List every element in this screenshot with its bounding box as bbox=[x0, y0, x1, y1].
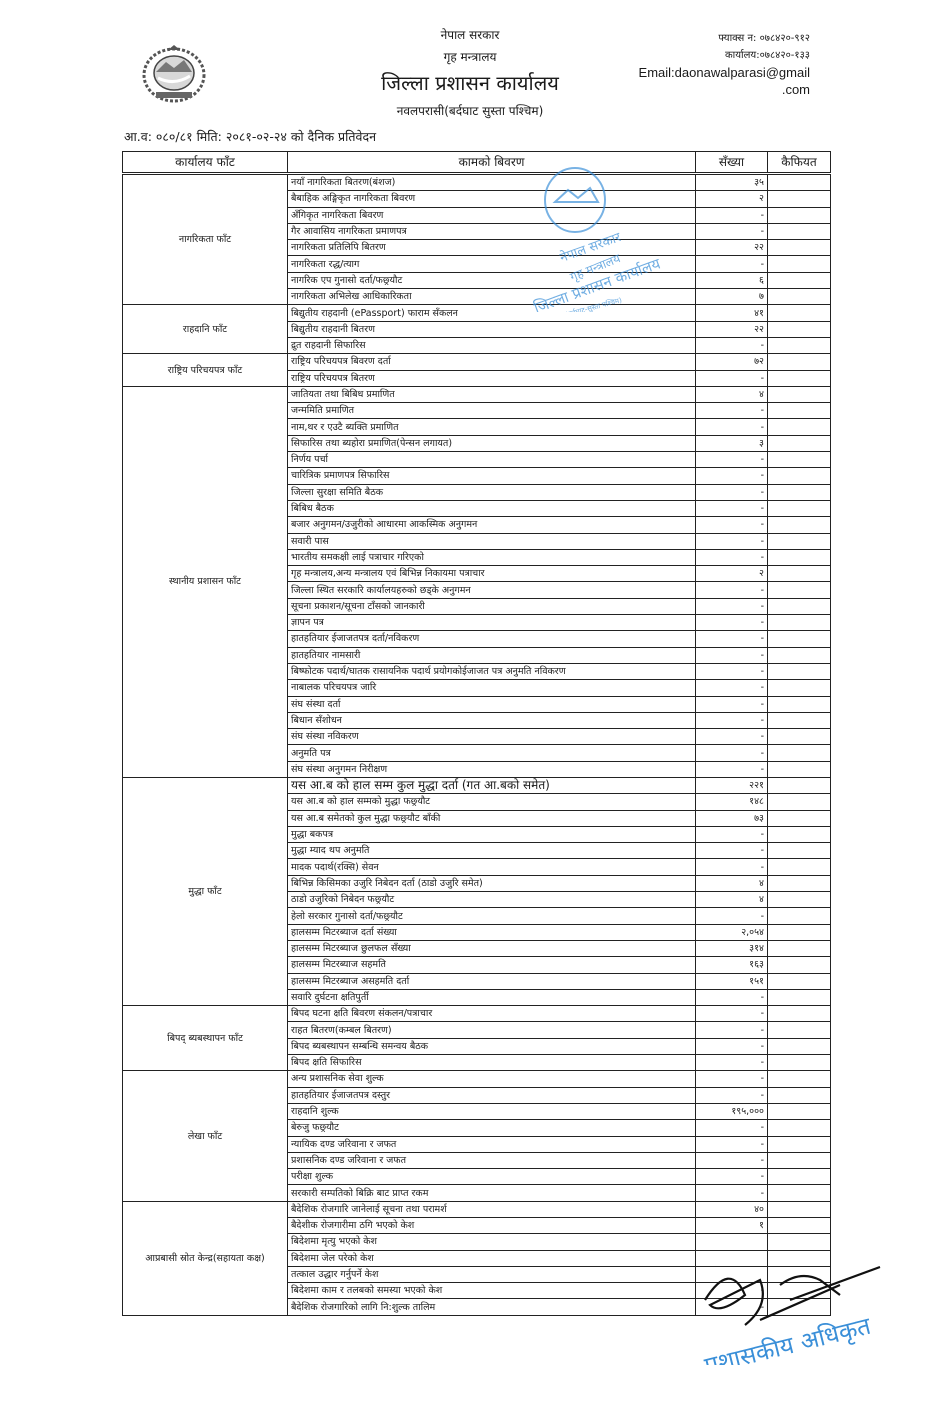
task-description: नाबालक परिचयपत्र जारि bbox=[288, 680, 696, 696]
task-count: - bbox=[696, 1055, 768, 1071]
task-count: - bbox=[696, 1169, 768, 1185]
task-description: बेरुजु फछ्र्यौट bbox=[288, 1120, 696, 1136]
task-remarks bbox=[768, 549, 831, 565]
ministry-name: गृह मन्त्रालय bbox=[300, 46, 640, 68]
task-count: २ bbox=[696, 191, 768, 207]
task-count: - bbox=[696, 207, 768, 223]
task-remarks bbox=[768, 908, 831, 924]
table-row: राहदानि फाँटबिद्युतीय राहदानी (ePassport… bbox=[123, 305, 831, 321]
task-remarks bbox=[768, 1185, 831, 1201]
task-description: बिदेशमा काम र तलबको समस्या भएको केश bbox=[288, 1283, 696, 1299]
task-description: न्यायिक दण्ड जरिवाना र जफत bbox=[288, 1136, 696, 1152]
task-count: १५१ bbox=[696, 973, 768, 989]
task-remarks bbox=[768, 777, 831, 793]
task-description: बिष्फोटक पदार्थ/घातक रासायनिक पदार्थ प्र… bbox=[288, 663, 696, 679]
task-remarks bbox=[768, 892, 831, 908]
task-count: - bbox=[696, 908, 768, 924]
task-description: राष्ट्रिय परिचयपत्र बिवरण दर्ता bbox=[288, 354, 696, 370]
task-remarks bbox=[768, 989, 831, 1005]
task-description: गृह मन्त्रालय,अन्य मन्त्रालय एवं बिभिन्न… bbox=[288, 566, 696, 582]
task-remarks bbox=[768, 500, 831, 516]
task-remarks bbox=[768, 680, 831, 696]
task-description: राष्ट्रिय परिचयपत्र बितरण bbox=[288, 370, 696, 386]
task-count: - bbox=[696, 712, 768, 728]
task-description: संघ संस्था नविकरण bbox=[288, 729, 696, 745]
task-remarks bbox=[768, 598, 831, 614]
task-description: भारतीय समकक्षी लाई पत्राचार गरिएको bbox=[288, 549, 696, 565]
task-remarks bbox=[768, 712, 831, 728]
section-name: राष्ट्रिय परिचयपत्र फाँट bbox=[123, 354, 288, 387]
task-remarks bbox=[768, 1218, 831, 1234]
header-remarks: कैफियत bbox=[768, 152, 831, 174]
task-description: नाम,थर र एउटै ब्यक्ति प्रमाणित bbox=[288, 419, 696, 435]
task-description: नागरिकता रद्ध/त्याग bbox=[288, 256, 696, 272]
task-count: - bbox=[696, 1038, 768, 1054]
task-count: - bbox=[696, 729, 768, 745]
task-description: बिदेशमा मृत्यु भएको केश bbox=[288, 1234, 696, 1250]
task-count: - bbox=[696, 1120, 768, 1136]
task-remarks bbox=[768, 957, 831, 973]
task-count: - bbox=[696, 680, 768, 696]
task-description: नागरिक एप गुनासो दर्ता/फछ्र्यौट bbox=[288, 272, 696, 288]
task-count: - bbox=[696, 403, 768, 419]
task-description: परीक्षा शुल्क bbox=[288, 1169, 696, 1185]
task-count: ६ bbox=[696, 272, 768, 288]
letterhead: नेपाल सरकार गृह मन्त्रालय जिल्ला प्रशासन… bbox=[0, 0, 940, 150]
task-remarks bbox=[768, 615, 831, 631]
task-count: - bbox=[696, 582, 768, 598]
task-remarks bbox=[768, 729, 831, 745]
task-remarks bbox=[768, 1087, 831, 1103]
task-count: - bbox=[696, 337, 768, 353]
task-description: बिपद घटना क्षति बिवरण संकलन/पत्राचार bbox=[288, 1006, 696, 1022]
task-count: - bbox=[696, 500, 768, 516]
task-count: - bbox=[696, 1087, 768, 1103]
task-remarks bbox=[768, 940, 831, 956]
office-name: जिल्ला प्रशासन कार्यालय bbox=[300, 68, 640, 98]
task-remarks bbox=[768, 386, 831, 402]
task-count: - bbox=[696, 843, 768, 859]
task-description: अन्य प्रशासनिक सेवा शुल्क bbox=[288, 1071, 696, 1087]
task-count bbox=[696, 1250, 768, 1266]
header-section: कार्यालय फाँट bbox=[123, 152, 288, 174]
task-count: - bbox=[696, 663, 768, 679]
task-count: २,०५४ bbox=[696, 924, 768, 940]
task-count: - bbox=[696, 745, 768, 761]
task-remarks bbox=[768, 419, 831, 435]
task-remarks bbox=[768, 468, 831, 484]
fax-number: फ्याक्स न: ०७८४२०-९१२ bbox=[639, 30, 810, 47]
table-row: राष्ट्रिय परिचयपत्र फाँटराष्ट्रिय परिचयप… bbox=[123, 354, 831, 370]
task-remarks bbox=[768, 1266, 831, 1282]
task-count: - bbox=[696, 1071, 768, 1087]
task-count: - bbox=[696, 1283, 768, 1299]
task-description: सिफारिस तथा ब्यहोरा प्रमाणित(पेन्सन लगाय… bbox=[288, 435, 696, 451]
table-row: मुद्धा फाँटयस आ.ब को हाल सम्म कुल मुद्धा… bbox=[123, 777, 831, 793]
task-description: नागरिकता प्रतिलिपि बितरण bbox=[288, 240, 696, 256]
task-description: बैदेशीक रोजगारीमा ठगि भएको केश bbox=[288, 1218, 696, 1234]
task-count: ४ bbox=[696, 386, 768, 402]
task-remarks bbox=[768, 1120, 831, 1136]
task-count: - bbox=[696, 598, 768, 614]
task-description: राहत बितरण(कम्बल बितरण) bbox=[288, 1022, 696, 1038]
task-remarks bbox=[768, 859, 831, 875]
task-remarks bbox=[768, 517, 831, 533]
task-remarks bbox=[768, 647, 831, 663]
report-title: आ.व: ०८०/८१ मिति: २०८१-०२-२४ को दैनिक प्… bbox=[124, 128, 376, 145]
task-description: यस आ.ब समेतको कुल मुद्धा फछ्र्यौट बाँकी bbox=[288, 810, 696, 826]
task-count: ३५ bbox=[696, 174, 768, 191]
task-count: ४ bbox=[696, 892, 768, 908]
task-remarks bbox=[768, 1038, 831, 1054]
task-description: हालसम्म मिटरब्याज छुलफल सँख्या bbox=[288, 940, 696, 956]
task-remarks bbox=[768, 794, 831, 810]
task-description: राहदानि शुल्क bbox=[288, 1103, 696, 1119]
task-description: बैबाहिक अङ्गिकृत नागरिकता बिवरण bbox=[288, 191, 696, 207]
task-count: - bbox=[696, 647, 768, 663]
task-count: - bbox=[696, 419, 768, 435]
task-description: जन्ममिति प्रमाणित bbox=[288, 403, 696, 419]
section-name: राहदानि फाँट bbox=[123, 305, 288, 354]
government-name: नेपाल सरकार bbox=[300, 24, 640, 46]
task-remarks bbox=[768, 256, 831, 272]
task-remarks bbox=[768, 1006, 831, 1022]
task-remarks bbox=[768, 1169, 831, 1185]
task-description: बिदेशमा जेल परेको केश bbox=[288, 1250, 696, 1266]
task-count: ३१४ bbox=[696, 940, 768, 956]
task-count: ४ bbox=[696, 875, 768, 891]
office-title-block: नेपाल सरकार गृह मन्त्रालय जिल्ला प्रशासन… bbox=[300, 24, 640, 124]
task-description: हातहतियार ईजाजतपत्र दस्तुर bbox=[288, 1087, 696, 1103]
task-remarks bbox=[768, 826, 831, 842]
task-count: १९५,००० bbox=[696, 1103, 768, 1119]
task-remarks bbox=[768, 191, 831, 207]
task-count: - bbox=[696, 631, 768, 647]
task-remarks bbox=[768, 1250, 831, 1266]
task-description: बिद्युतीय राहदानी (ePassport) फाराम सँकल… bbox=[288, 305, 696, 321]
task-count: - bbox=[696, 1006, 768, 1022]
section-name: मुद्धा फाँट bbox=[123, 777, 288, 1005]
task-count: - bbox=[696, 761, 768, 777]
task-remarks bbox=[768, 403, 831, 419]
task-count: १ bbox=[696, 1218, 768, 1234]
task-description: बिपद ब्यबस्थापन सम्बन्धि समन्वय बैठक bbox=[288, 1038, 696, 1054]
task-description: जिल्ला स्थित सरकारि कार्यालयहरुको छड्के … bbox=[288, 582, 696, 598]
task-remarks bbox=[768, 272, 831, 288]
task-description: संघ संस्था अनुगमन निरीक्षण bbox=[288, 761, 696, 777]
task-remarks bbox=[768, 566, 831, 582]
task-count: - bbox=[696, 517, 768, 533]
task-description: यस आ.ब को हाल सम्मको मुद्धा फछ्र्यौट bbox=[288, 794, 696, 810]
task-remarks bbox=[768, 696, 831, 712]
task-remarks bbox=[768, 1136, 831, 1152]
task-description: हालसम्म मिटरब्याज असहमति दर्ता bbox=[288, 973, 696, 989]
task-description: सरकारी सम्पतिको बिक्रि बाट प्राप्त रकम bbox=[288, 1185, 696, 1201]
task-remarks bbox=[768, 533, 831, 549]
task-remarks bbox=[768, 354, 831, 370]
task-description: सवारि दुर्घटना क्षतिपुर्ती bbox=[288, 989, 696, 1005]
table-row: आप्रबासी स्रोत केन्द्र(सहायता कक्ष)बैदेश… bbox=[123, 1201, 831, 1217]
task-description: बिद्युतीय राहदानी बितरण bbox=[288, 321, 696, 337]
task-remarks bbox=[768, 1022, 831, 1038]
task-description: बिबिध बैठक bbox=[288, 500, 696, 516]
task-count: - bbox=[696, 859, 768, 875]
office-phone: कार्यालय:०७८४२०-१३३ bbox=[639, 47, 810, 64]
task-remarks bbox=[768, 924, 831, 940]
task-remarks bbox=[768, 223, 831, 239]
section-name: नागरिकता फाँट bbox=[123, 174, 288, 305]
task-count: ४१ bbox=[696, 305, 768, 321]
task-remarks bbox=[768, 843, 831, 859]
task-remarks bbox=[768, 174, 831, 191]
task-description: बिभिन्न किसिमका उजुरि निबेदन दर्ता (ठाडो… bbox=[288, 875, 696, 891]
task-remarks bbox=[768, 1152, 831, 1168]
task-description: गैर आवासिय नागरिकता प्रमाणपत्र bbox=[288, 223, 696, 239]
task-description: मादक पदार्थ(रक्सि) सेवन bbox=[288, 859, 696, 875]
table-row: लेखा फाँटअन्य प्रशासनिक सेवा शुल्क- bbox=[123, 1071, 831, 1087]
task-count: - bbox=[696, 484, 768, 500]
task-remarks bbox=[768, 240, 831, 256]
task-remarks bbox=[768, 484, 831, 500]
nepal-emblem-icon bbox=[138, 42, 210, 104]
task-remarks bbox=[768, 810, 831, 826]
task-description: बिधान सँशोधन bbox=[288, 712, 696, 728]
task-description: मुद्धा म्याद थप अनुमति bbox=[288, 843, 696, 859]
email-line-2: .com bbox=[639, 81, 810, 98]
task-description: यस आ.ब को हाल सम्म कुल मुद्धा दर्ता (गत … bbox=[288, 777, 696, 793]
task-count: ४० bbox=[696, 1201, 768, 1217]
task-count: ७३ bbox=[696, 810, 768, 826]
task-count: १४८ bbox=[696, 794, 768, 810]
table-row: नागरिकता फाँटनयाँ नागरिकता बितरण(बंशज)३५ bbox=[123, 174, 831, 191]
task-description: अँगिकृत नागरिकता बिवरण bbox=[288, 207, 696, 223]
task-count: - bbox=[696, 989, 768, 1005]
task-remarks bbox=[768, 745, 831, 761]
task-count bbox=[696, 1266, 768, 1282]
task-count: - bbox=[696, 1185, 768, 1201]
task-description: हालसम्म मिटरब्याज दर्ता संख्या bbox=[288, 924, 696, 940]
task-remarks bbox=[768, 582, 831, 598]
task-description: चारित्रिक प्रमाणपत्र सिफारिस bbox=[288, 468, 696, 484]
task-count: - bbox=[696, 826, 768, 842]
task-description: हालसम्म मिटरब्याज सहमति bbox=[288, 957, 696, 973]
task-remarks bbox=[768, 370, 831, 386]
task-count: - bbox=[696, 1299, 768, 1315]
task-remarks bbox=[768, 1103, 831, 1119]
task-remarks bbox=[768, 1201, 831, 1217]
task-count: - bbox=[696, 1136, 768, 1152]
task-count: - bbox=[696, 256, 768, 272]
task-count: - bbox=[696, 696, 768, 712]
task-description: जातियता तथा बिबिध प्रमाणित bbox=[288, 386, 696, 402]
table-header-row: कार्यालय फाँट कामको बिवरण सँख्या कैफियत bbox=[123, 152, 831, 174]
task-description: बजार अनुगमन/उजुरीको आधारमा आकस्मिक अनुगम… bbox=[288, 517, 696, 533]
task-count: - bbox=[696, 533, 768, 549]
header-count: सँख्या bbox=[696, 152, 768, 174]
task-remarks bbox=[768, 663, 831, 679]
task-remarks bbox=[768, 321, 831, 337]
task-count: २२ bbox=[696, 321, 768, 337]
task-description: हातहतियार नामसारी bbox=[288, 647, 696, 663]
task-description: तत्काल उद्धार गर्नुपर्ने केश bbox=[288, 1266, 696, 1282]
email-line-1: Email:daonawalparasi@gmail bbox=[639, 64, 810, 81]
task-remarks bbox=[768, 435, 831, 451]
task-description: द्रुत राहदानी सिफारिस bbox=[288, 337, 696, 353]
task-count: - bbox=[696, 1022, 768, 1038]
section-name: लेखा फाँट bbox=[123, 1071, 288, 1201]
task-description: मुद्धा बकपत्र bbox=[288, 826, 696, 842]
signatory-title: प्रशासकीय अधिकृत bbox=[702, 1311, 875, 1365]
task-count: ३ bbox=[696, 435, 768, 451]
task-description: बिपद क्षति सिफारिस bbox=[288, 1055, 696, 1071]
task-description: बैदेशिक रोजगारि जानेलाई सूचना तथा परामर्… bbox=[288, 1201, 696, 1217]
task-count: - bbox=[696, 615, 768, 631]
task-description: ज्ञापन पत्र bbox=[288, 615, 696, 631]
task-description: बैदेशिक रोजगारिको लागि नि:शुल्क तालिम bbox=[288, 1299, 696, 1315]
section-name: आप्रबासी स्रोत केन्द्र(सहायता कक्ष) bbox=[123, 1201, 288, 1315]
task-count: २ bbox=[696, 566, 768, 582]
task-remarks bbox=[768, 761, 831, 777]
task-description: हातहतियार ईजाजतपत्र दर्ता/नविकरण bbox=[288, 631, 696, 647]
task-remarks bbox=[768, 305, 831, 321]
task-remarks bbox=[768, 337, 831, 353]
task-count: २२१ bbox=[696, 777, 768, 793]
task-remarks bbox=[768, 1283, 831, 1299]
task-description: सवारी पास bbox=[288, 533, 696, 549]
task-remarks bbox=[768, 289, 831, 305]
task-description: हेलो सरकार गुनासो दर्ता/फछ्र्यौट bbox=[288, 908, 696, 924]
task-remarks bbox=[768, 631, 831, 647]
section-name: बिपद् ब्यबस्थापन फाँट bbox=[123, 1006, 288, 1071]
task-remarks bbox=[768, 1234, 831, 1250]
task-description: प्रशासनिक दण्ड जरिवाना र जफत bbox=[288, 1152, 696, 1168]
task-remarks bbox=[768, 1071, 831, 1087]
section-name: स्थानीय प्रशासन फाँट bbox=[123, 386, 288, 777]
task-count: १६३ bbox=[696, 957, 768, 973]
task-count: २२ bbox=[696, 240, 768, 256]
header-description: कामको बिवरण bbox=[288, 152, 696, 174]
task-count: - bbox=[696, 1152, 768, 1168]
task-description: संघ संस्था दर्ता bbox=[288, 696, 696, 712]
task-description: निर्णय पर्चा bbox=[288, 452, 696, 468]
task-remarks bbox=[768, 973, 831, 989]
contact-block: फ्याक्स न: ०७८४२०-९१२ कार्यालय:०७८४२०-१३… bbox=[639, 30, 810, 98]
task-count: ७२ bbox=[696, 354, 768, 370]
task-remarks bbox=[768, 207, 831, 223]
task-count bbox=[696, 1234, 768, 1250]
task-count: - bbox=[696, 370, 768, 386]
district-name: नवलपरासी(बर्दघाट सुस्ता पश्चिम) bbox=[300, 98, 640, 124]
task-description: नागरिकता अभिलेख आधिकारिकता bbox=[288, 289, 696, 305]
task-count: - bbox=[696, 452, 768, 468]
daily-report-table: कार्यालय फाँट कामको बिवरण सँख्या कैफियत … bbox=[122, 151, 831, 1316]
task-remarks bbox=[768, 875, 831, 891]
table-row: स्थानीय प्रशासन फाँटजातियता तथा बिबिध प्… bbox=[123, 386, 831, 402]
task-count: - bbox=[696, 223, 768, 239]
task-count: ७ bbox=[696, 289, 768, 305]
task-count: - bbox=[696, 468, 768, 484]
task-description: जिल्ला सुरक्षा समिति बैठक bbox=[288, 484, 696, 500]
task-description: अनुमति पत्र bbox=[288, 745, 696, 761]
task-remarks bbox=[768, 452, 831, 468]
task-count: - bbox=[696, 549, 768, 565]
table-body: नागरिकता फाँटनयाँ नागरिकता बितरण(बंशज)३५… bbox=[123, 174, 831, 1316]
table-row: बिपद् ब्यबस्थापन फाँटबिपद घटना क्षति बिव… bbox=[123, 1006, 831, 1022]
task-description: नयाँ नागरिकता बितरण(बंशज) bbox=[288, 174, 696, 191]
task-description: ठाडो उजुरिको निबेदन फछ्र्यौट bbox=[288, 892, 696, 908]
task-remarks bbox=[768, 1299, 831, 1315]
task-remarks bbox=[768, 1055, 831, 1071]
task-description: सूचना प्रकाशन/सूचना टाँसको जानकारी bbox=[288, 598, 696, 614]
